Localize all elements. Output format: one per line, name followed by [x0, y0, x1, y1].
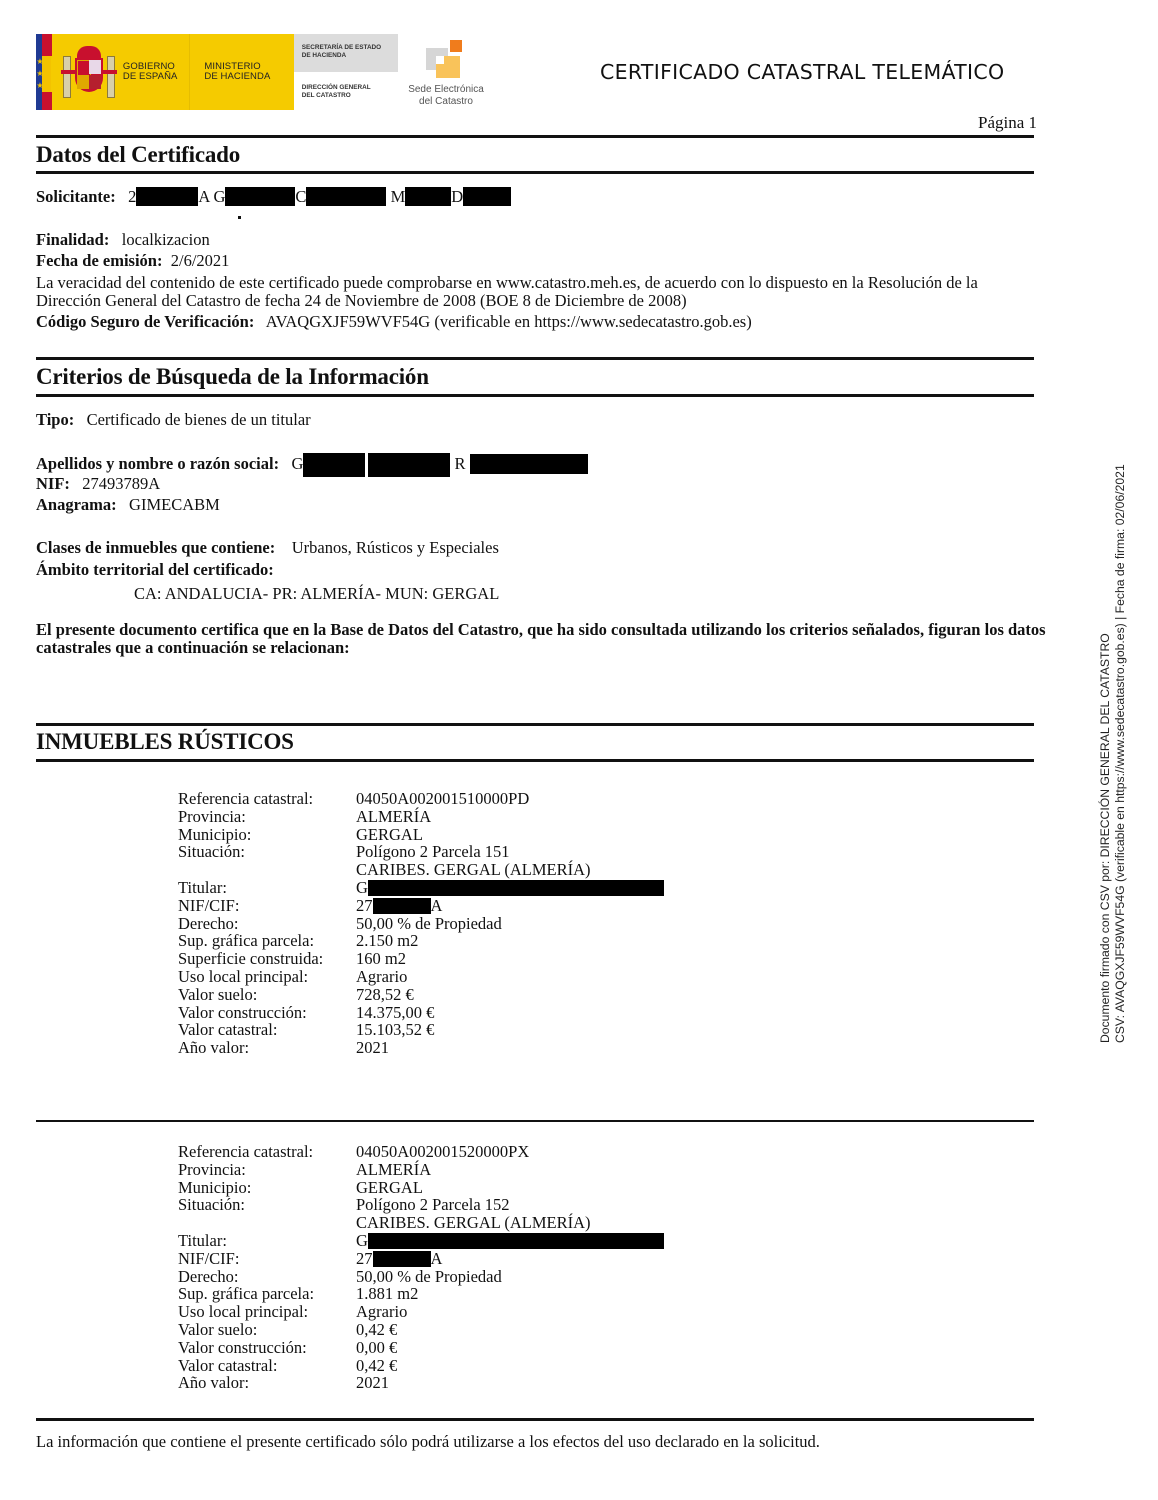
sede-line1: Sede Electrónica: [398, 84, 494, 96]
solicitante-part: 2: [128, 187, 136, 206]
ambito-label: Ámbito territorial del certificado:: [36, 560, 274, 579]
nombre-label: Apellidos y nombre o razón social:: [36, 454, 279, 473]
property-field-row: Provincia:ALMERÍA: [178, 808, 664, 826]
property-field-row: Año valor:2021: [178, 1374, 664, 1392]
divider: [36, 723, 1034, 726]
property-field-label: Valor catastral:: [178, 1357, 356, 1375]
property-field-label: Valor suelo:: [178, 986, 356, 1004]
property-field-value: G: [356, 1232, 664, 1250]
property-field-value: 0,42 €: [356, 1357, 397, 1375]
property-field-label: [178, 861, 356, 879]
property-field-value-text: 2021: [356, 1038, 389, 1057]
government-logo-banner: ★ ★ ★ GOBIERNO DE ESPAÑA MINISTERIO DE H…: [36, 34, 398, 110]
property-field-value: 2021: [356, 1039, 389, 1057]
property-field-label: Sup. gráfica parcela:: [178, 1285, 356, 1303]
property-field-row: Valor construcción:14.375,00 €: [178, 1004, 664, 1022]
property-field-label: Titular:: [178, 1232, 356, 1250]
nombre-part: R: [455, 454, 466, 473]
property-record: Referencia catastral:04050A002001510000P…: [178, 790, 664, 1057]
divider: [36, 759, 1034, 762]
property-field-row: Derecho:50,00 % de Propiedad: [178, 915, 664, 933]
property-field-value-text: 14.375,00 €: [356, 1003, 434, 1022]
property-field-value: 04050A002001520000PX: [356, 1143, 529, 1161]
property-field-value: GERGAL: [356, 826, 423, 844]
property-field-label: Valor catastral:: [178, 1021, 356, 1039]
solicitante-part: M: [391, 187, 406, 206]
divider: [36, 357, 1034, 360]
property-field-value-text: 0,42 €: [356, 1356, 397, 1375]
property-field-value: 0,00 €: [356, 1339, 397, 1357]
property-field-row: Municipio:GERGAL: [178, 1179, 664, 1197]
redaction: [405, 187, 451, 206]
nif-row: NIF: 27493789A: [36, 474, 160, 494]
redaction: [306, 187, 386, 206]
coat-of-arms-icon: [61, 42, 117, 102]
property-field-row: Titular:G: [178, 879, 664, 897]
property-field-row: Valor catastral:0,42 €: [178, 1357, 664, 1375]
redaction: [368, 880, 664, 896]
property-record: Referencia catastral:04050A002001520000P…: [178, 1143, 664, 1392]
divider: [36, 394, 1034, 397]
section-title-certificate-data: Datos del Certificado: [36, 142, 240, 168]
csv-value: AVAQGXJF59WVF54G (verificable en https:/…: [266, 312, 752, 331]
clases-row: Clases de inmuebles que contiene: Urbano…: [36, 538, 499, 558]
property-field-value-text: Polígono 2 Parcela 151: [356, 842, 510, 861]
property-field-row: Titular:G: [178, 1232, 664, 1250]
finalidad-label: Finalidad:: [36, 230, 109, 249]
property-field-row: Derecho:50,00 % de Propiedad: [178, 1268, 664, 1286]
side-stamp-line1: Documento firmado con CSV por: DIRECCIÓN…: [1098, 464, 1113, 1043]
property-field-value: 50,00 % de Propiedad: [356, 1268, 502, 1286]
property-field-row: Año valor:2021: [178, 1039, 664, 1057]
property-field-row: Uso local principal:Agrario: [178, 1303, 664, 1321]
property-field-value-text: 0,00 €: [356, 1338, 397, 1357]
property-field-row: Municipio:GERGAL: [178, 826, 664, 844]
property-field-value-text: 2021: [356, 1373, 389, 1392]
property-field-row: Valor catastral:15.103,52 €: [178, 1021, 664, 1039]
solicitante-part: A G: [198, 187, 225, 206]
property-field-value-text: 04050A002001510000PD: [356, 789, 529, 808]
finalidad-value: localkizacion: [122, 230, 210, 249]
property-field-label: Superficie construida:: [178, 950, 356, 968]
divider: [36, 171, 1034, 174]
property-field-label: Valor construcción:: [178, 1339, 356, 1357]
property-field-value: 2021: [356, 1374, 389, 1392]
property-field-value: 14.375,00 €: [356, 1004, 434, 1022]
document-title: CERTIFICADO CATASTRAL TELEMÁTICO: [600, 60, 1004, 84]
property-field-value-text: ALMERÍA: [356, 1160, 431, 1179]
property-field-value: 2.150 m2: [356, 932, 418, 950]
property-field-value-text: GERGAL: [356, 825, 423, 844]
property-field-label: Provincia:: [178, 808, 356, 826]
property-field-label: Situación:: [178, 1196, 356, 1214]
property-field-value-text: 15.103,52 €: [356, 1020, 434, 1039]
property-field-label: NIF/CIF:: [178, 897, 356, 915]
property-field-value: ALMERÍA: [356, 808, 431, 826]
property-field-value-suffix: A: [431, 1249, 443, 1268]
signature-side-stamp: Documento firmado con CSV por: DIRECCIÓN…: [1098, 464, 1128, 1043]
section-title-search-criteria: Criterios de Búsqueda de la Información: [36, 364, 429, 390]
property-field-value-text: CARIBES. GERGAL (ALMERÍA): [356, 860, 591, 879]
catastro-directorate-logo: SECRETARÍA DE ESTADO DE HACIENDA DIRECCI…: [294, 34, 398, 110]
sede-line2: del Catastro: [398, 96, 494, 108]
nif-label: NIF:: [36, 474, 70, 493]
property-field-row: NIF/CIF:27A: [178, 897, 664, 915]
nif-value: 27493789A: [82, 474, 160, 493]
star-icon: ★: [36, 82, 44, 90]
property-field-row: Uso local principal:Agrario: [178, 968, 664, 986]
property-field-value-text: Agrario: [356, 967, 407, 986]
redaction: [368, 1233, 664, 1249]
property-field-label: Referencia catastral:: [178, 790, 356, 808]
property-field-row: Valor construcción:0,00 €: [178, 1339, 664, 1357]
property-field-value-text: ALMERÍA: [356, 807, 431, 826]
property-field-value: Polígono 2 Parcela 152: [356, 1196, 510, 1214]
property-field-label: Titular:: [178, 879, 356, 897]
property-field-value: Polígono 2 Parcela 151: [356, 843, 510, 861]
redaction: [303, 453, 365, 477]
property-field-value: ALMERÍA: [356, 1161, 431, 1179]
sede-electronica-logo: Sede Electrónica del Catastro: [398, 38, 498, 114]
tipo-value: Certificado de bienes de un titular: [87, 410, 311, 429]
property-field-value-text: 27: [356, 1249, 373, 1268]
property-field-row: NIF/CIF:27A: [178, 1250, 664, 1268]
anagrama-value: GIMECABM: [129, 495, 220, 514]
side-stamp-line2: CSV: AVAQGXJF59WVF54G (verificable en ht…: [1113, 464, 1128, 1043]
property-field-row: Situación:Polígono 2 Parcela 152: [178, 1196, 664, 1214]
star-icon: ★: [36, 58, 44, 66]
csv-label: Código Seguro de Verificación:: [36, 312, 254, 331]
fecha-label: Fecha de emisión:: [36, 251, 162, 270]
ministerio-hacienda-logo: MINISTERIO DE HACIENDA: [189, 34, 293, 110]
directorate-line1: DIRECCIÓN GENERAL: [302, 84, 398, 92]
property-field-value: Agrario: [356, 968, 407, 986]
fecha-value: 2/6/2021: [171, 251, 230, 270]
property-field-label: NIF/CIF:: [178, 1250, 356, 1268]
stray-dot: [238, 216, 241, 219]
property-field-label: Referencia catastral:: [178, 1143, 356, 1161]
veracity-statement: La veracidad del contenido de este certi…: [36, 274, 1036, 310]
tipo-label: Tipo:: [36, 410, 74, 429]
redaction: [470, 454, 588, 474]
property-field-value: Agrario: [356, 1303, 407, 1321]
property-field-label: Año valor:: [178, 1039, 356, 1057]
tipo-row: Tipo: Certificado de bienes de un titula…: [36, 410, 311, 430]
property-field-label: Uso local principal:: [178, 968, 356, 986]
property-field-value-text: GERGAL: [356, 1178, 423, 1197]
property-field-label: Municipio:: [178, 826, 356, 844]
csv-row: Código Seguro de Verificación: AVAQGXJF5…: [36, 312, 752, 332]
property-field-label: Provincia:: [178, 1161, 356, 1179]
finalidad-row: Finalidad: localkizacion: [36, 230, 210, 250]
property-field-value-text: G: [356, 878, 368, 897]
property-field-value: 1.881 m2: [356, 1285, 418, 1303]
section-title-rustic-properties: INMUEBLES RÚSTICOS: [36, 729, 294, 755]
anagrama-label: Anagrama:: [36, 495, 117, 514]
ambito-value: CA: ANDALUCIA- PR: ALMERÍA- MUN: GERGAL: [134, 584, 499, 604]
star-icon: ★: [36, 70, 44, 78]
property-field-value-text: 50,00 % de Propiedad: [356, 1267, 502, 1286]
property-field-row: Superficie construida:160 m2: [178, 950, 664, 968]
gobierno-de-espana-logo: GOBIERNO DE ESPAÑA: [51, 34, 189, 110]
property-field-value-text: Polígono 2 Parcela 152: [356, 1195, 510, 1214]
divider: [36, 1418, 1034, 1421]
property-field-value: CARIBES. GERGAL (ALMERÍA): [356, 1214, 591, 1232]
nombre-part: G: [291, 454, 303, 473]
redaction: [136, 187, 198, 206]
ambito-row: Ámbito territorial del certificado:: [36, 560, 274, 580]
gov-logo-line2: DE ESPAÑA: [123, 72, 178, 82]
footer-usage-note: La información que contiene el presente …: [36, 1432, 820, 1452]
property-field-value: 160 m2: [356, 950, 406, 968]
property-field-label: Año valor:: [178, 1374, 356, 1392]
property-field-value: 50,00 % de Propiedad: [356, 915, 502, 933]
property-field-value-suffix: A: [431, 896, 443, 915]
property-field-value-text: 728,52 €: [356, 985, 414, 1004]
fecha-row: Fecha de emisión: 2/6/2021: [36, 251, 229, 271]
property-field-value-text: 2.150 m2: [356, 931, 418, 950]
property-field-row: CARIBES. GERGAL (ALMERÍA): [178, 1214, 664, 1232]
anagrama-row: Anagrama: GIMECABM: [36, 495, 220, 515]
property-field-value: 27A: [356, 1250, 442, 1268]
property-field-row: Referencia catastral:04050A002001510000P…: [178, 790, 664, 808]
solicitante-part: C: [295, 187, 306, 206]
property-field-value-text: 27: [356, 896, 373, 915]
property-field-row: Sup. gráfica parcela:2.150 m2: [178, 932, 664, 950]
solicitante-row: Solicitante: 2A GC MD: [36, 187, 511, 207]
property-field-value-text: G: [356, 1231, 368, 1250]
redaction: [373, 1251, 431, 1267]
property-field-value-text: 04050A002001520000PX: [356, 1142, 529, 1161]
property-field-label: Derecho:: [178, 1268, 356, 1286]
divider: [36, 1120, 1034, 1122]
eu-flag-strip: ★ ★ ★: [36, 34, 51, 110]
property-field-value: 728,52 €: [356, 986, 414, 1004]
redaction: [225, 187, 295, 206]
property-field-row: Provincia:ALMERÍA: [178, 1161, 664, 1179]
clases-value: Urbanos, Rústicos y Especiales: [292, 538, 499, 557]
property-field-label: Valor construcción:: [178, 1004, 356, 1022]
property-field-value: 15.103,52 €: [356, 1021, 434, 1039]
divider: [36, 135, 1034, 138]
solicitante-part: D: [451, 187, 463, 206]
property-field-label: Sup. gráfica parcela:: [178, 932, 356, 950]
property-field-value-text: 1.881 m2: [356, 1284, 418, 1303]
property-field-value-text: Agrario: [356, 1302, 407, 1321]
property-field-row: Situación:Polígono 2 Parcela 151: [178, 843, 664, 861]
property-field-value-text: CARIBES. GERGAL (ALMERÍA): [356, 1213, 591, 1232]
property-field-value: 27A: [356, 897, 442, 915]
solicitante-label: Solicitante:: [36, 187, 116, 206]
redaction: [463, 187, 511, 206]
property-field-label: [178, 1214, 356, 1232]
certification-statement: El presente documento certifica que en l…: [36, 621, 1086, 657]
page-number: Página 1: [978, 113, 1037, 133]
secretariat-line1: SECRETARÍA DE ESTADO: [302, 44, 398, 52]
property-field-row: Referencia catastral:04050A002001520000P…: [178, 1143, 664, 1161]
property-field-value: G: [356, 879, 664, 897]
property-field-label: Valor suelo:: [178, 1321, 356, 1339]
property-field-value-text: 50,00 % de Propiedad: [356, 914, 502, 933]
property-field-row: Valor suelo:728,52 €: [178, 986, 664, 1004]
property-field-row: Sup. gráfica parcela:1.881 m2: [178, 1285, 664, 1303]
property-field-label: Situación:: [178, 843, 356, 861]
property-field-label: Municipio:: [178, 1179, 356, 1197]
property-field-value-text: 160 m2: [356, 949, 406, 968]
directorate-line2: DEL CATASTRO: [302, 92, 398, 100]
property-field-label: Derecho:: [178, 915, 356, 933]
property-field-row: CARIBES. GERGAL (ALMERÍA): [178, 861, 664, 879]
ministry-line2: DE HACIENDA: [204, 72, 270, 82]
property-field-value: CARIBES. GERGAL (ALMERÍA): [356, 861, 591, 879]
property-field-value: GERGAL: [356, 1179, 423, 1197]
property-field-value-text: 0,42 €: [356, 1320, 397, 1339]
property-field-value: 04050A002001510000PD: [356, 790, 529, 808]
property-field-value: 0,42 €: [356, 1321, 397, 1339]
property-field-row: Valor suelo:0,42 €: [178, 1321, 664, 1339]
secretariat-line2: DE HACIENDA: [302, 52, 398, 60]
clases-label: Clases de inmuebles que contiene:: [36, 538, 275, 557]
redaction: [368, 453, 450, 477]
redaction: [373, 898, 431, 914]
property-field-label: Uso local principal:: [178, 1303, 356, 1321]
